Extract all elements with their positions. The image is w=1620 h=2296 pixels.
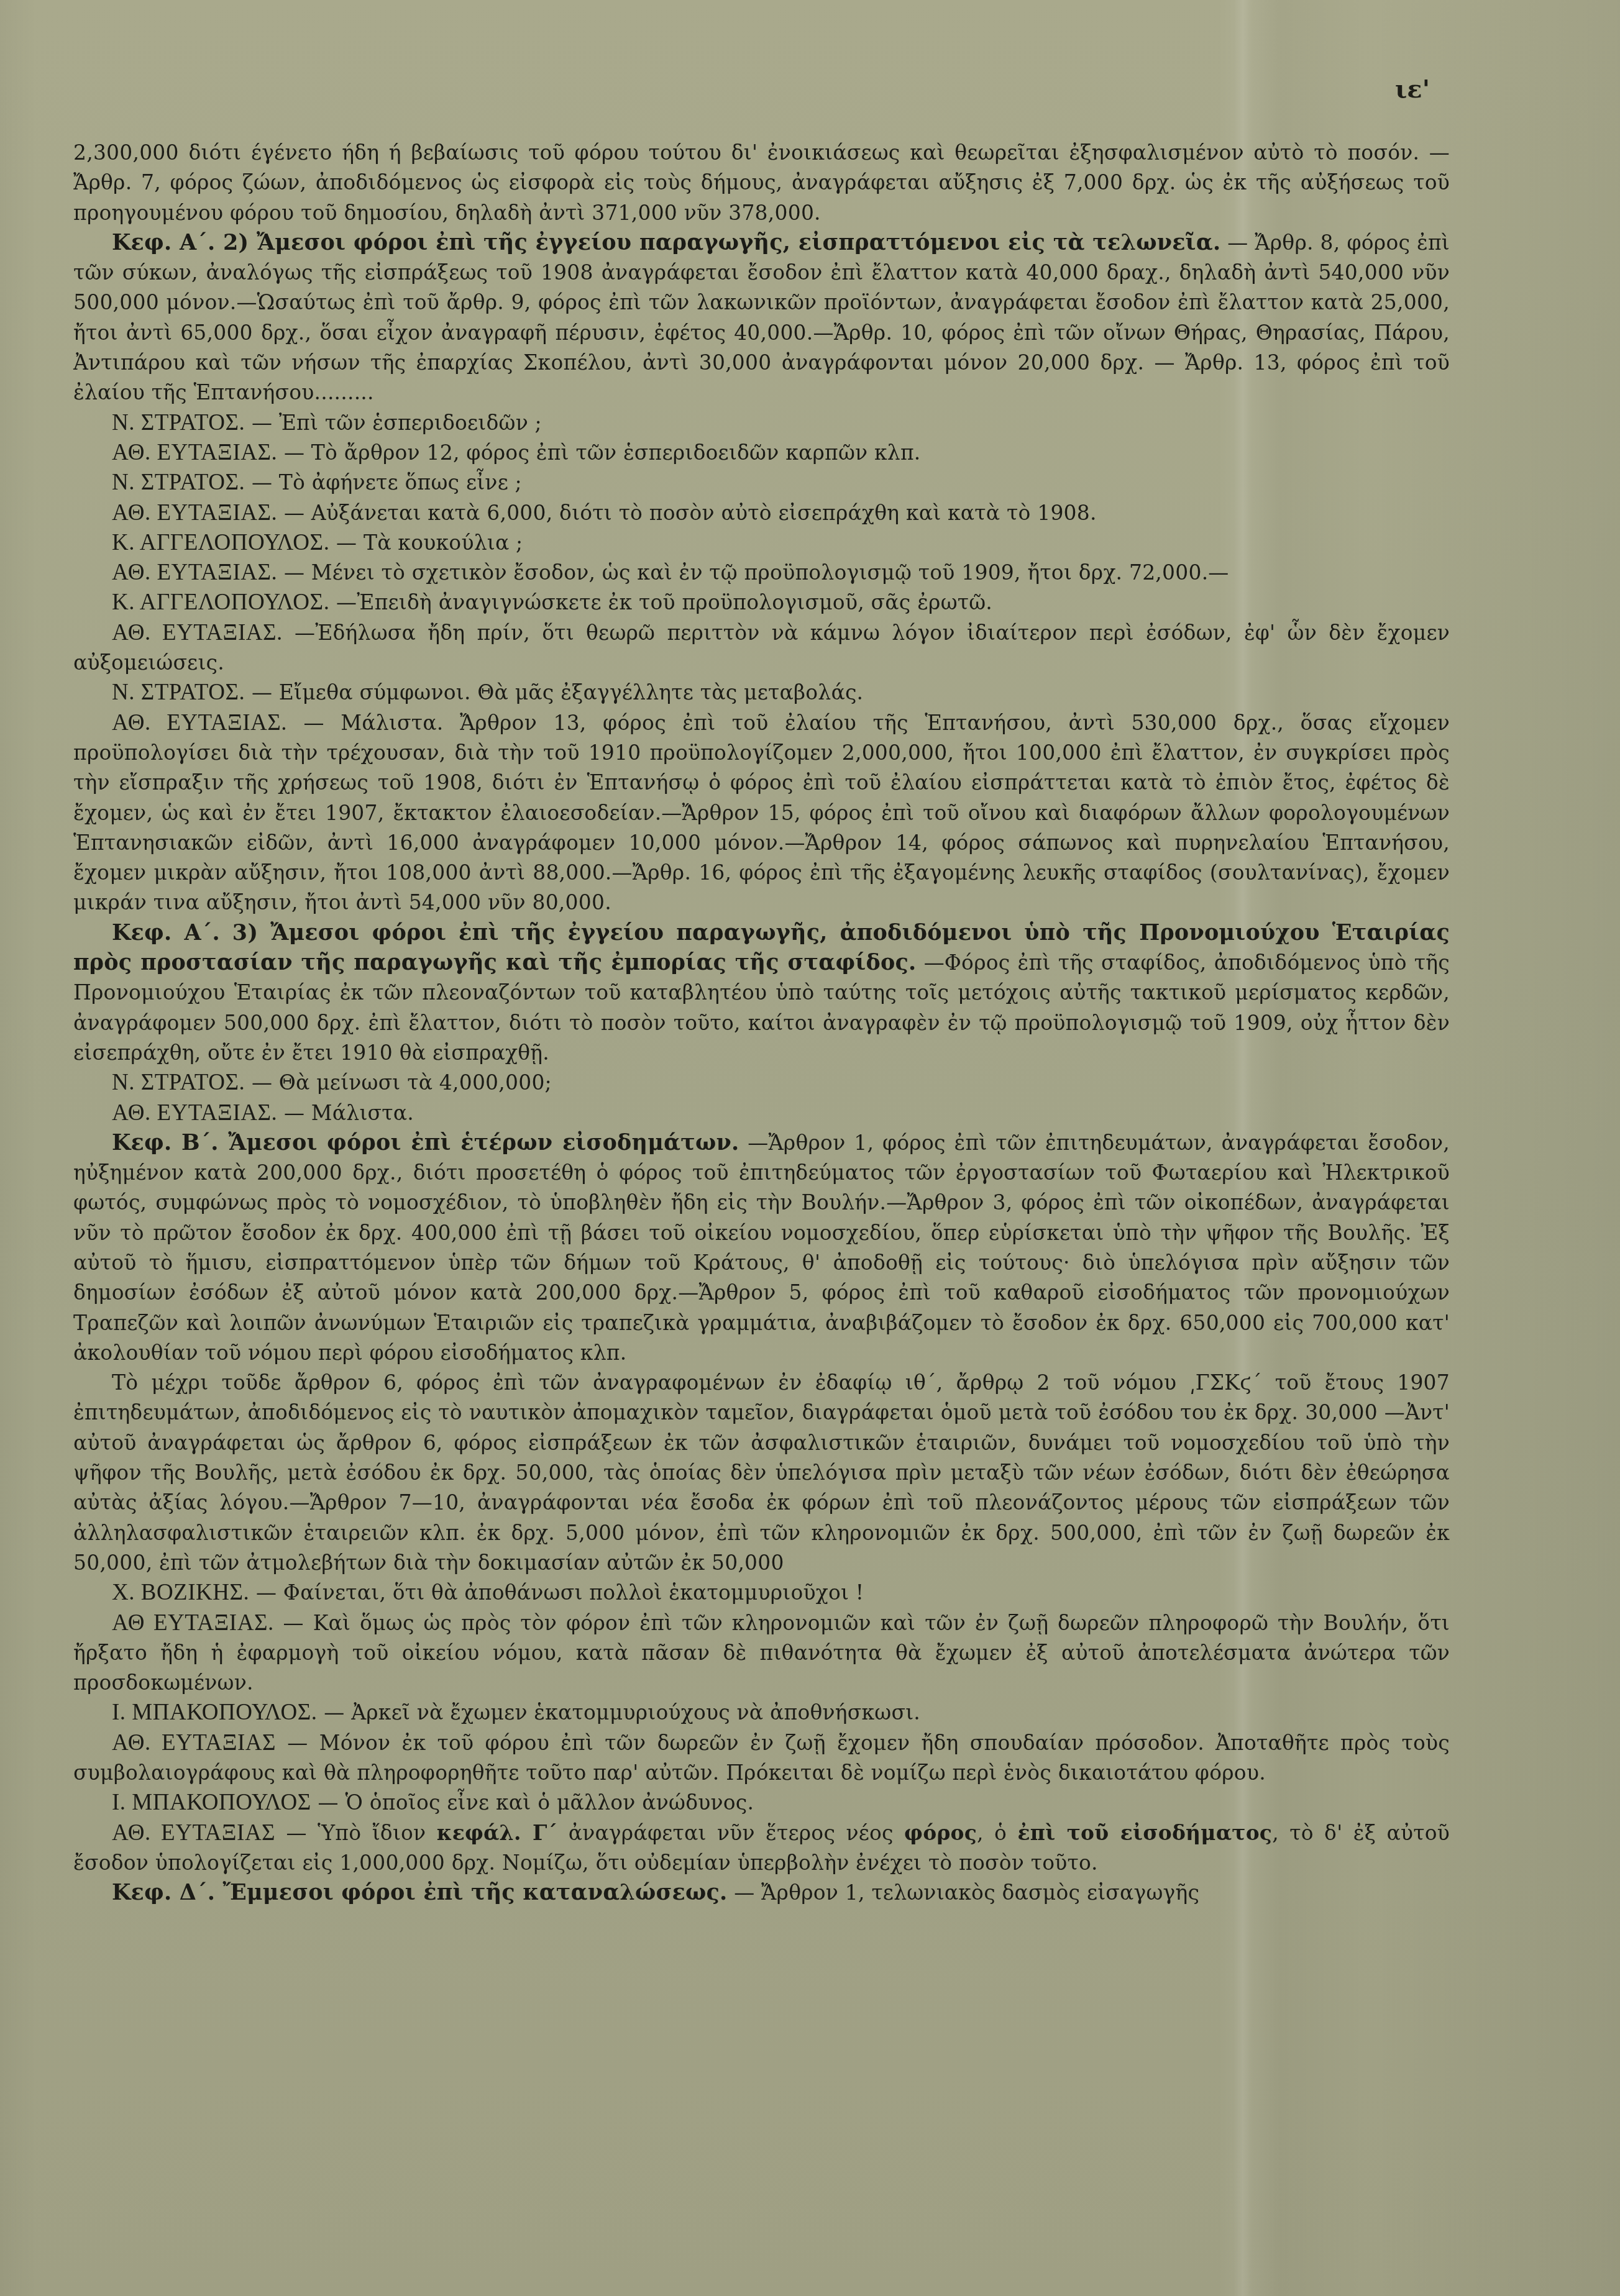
speaker-name: Ν. ΣΤΡΑΤΟΣ.: [112, 680, 245, 705]
speech-line: Ι. ΜΠΑΚΟΠΟΥΛΟΣ. — Ἀρκεῖ νὰ ἔχωμεν ἑκατομ…: [73, 1698, 1450, 1728]
speech-text: — Αὐξάνεται κατὰ 6,000, διότι τὸ ποσὸν α…: [284, 501, 1097, 525]
speaker-name: ΑΘ. ΕΥΤΑΞΙΑΣ.: [112, 620, 283, 645]
speech-text: — Ἐπὶ τῶν ἑσπεριδοειδῶν ;: [252, 411, 542, 435]
speech-text: — Τὸ ἄρθρον 12, φόρος ἐπὶ τῶν ἑσπεριδοει…: [284, 440, 921, 465]
speech-text: — Καὶ ὅμως ὡς πρὸς τὸν φόρον ἐπὶ τῶν κλη…: [73, 1611, 1450, 1695]
speech-text: — Τὸ ἀφήνετε ὅπως εἶνε ;: [252, 470, 522, 494]
section-heading: Κεφ. Δ΄. Ἔμμεσοι φόροι ἐπὶ τῆς καταναλώσ…: [112, 1880, 728, 1905]
speech-line: Κ. ΑΓΓΕΛΟΠΟΥΛΟΣ. —Ἐπειδὴ ἀναγιγνώσκετε ἐ…: [73, 588, 1450, 617]
speech-text: — Εἴμεθα σύμφωνοι. Θὰ μᾶς ἐξαγγέλλητε τὰ…: [252, 680, 863, 704]
speech-line: ΑΘ ΕΥΤΑΞΙΑΣ. — Καὶ ὅμως ὡς πρὸς τὸν φόρο…: [73, 1608, 1450, 1698]
speech-line: ΑΘ. ΕΥΤΑΞΙΑΣ. — Αὐξάνεται κατὰ 6,000, δι…: [73, 498, 1450, 528]
speech-line: ΑΘ. ΕΥΤΑΞΙΑΣ. — Μάλιστα. Ἄρθρον 13, φόρο…: [73, 708, 1450, 918]
speech-text: — Τὰ κουκούλια ;: [336, 531, 523, 555]
section-heading-paragraph: Κεφ. Α΄. 3) Ἄμεσοι φόροι ἐπὶ τῆς ἐγγείου…: [73, 918, 1450, 1068]
speaker-name: Ν. ΣΤΡΑΤΟΣ.: [112, 1070, 245, 1095]
speech-text: — Μάλιστα. Ἄρθρον 13, φόρος ἐπὶ τοῦ ἐλαί…: [73, 711, 1450, 915]
speaker-name: Ν. ΣΤΡΑΤΟΣ.: [112, 470, 245, 495]
speech-line: ΑΘ. ΕΥΤΑΞΙΑΣ. — Μάλιστα.: [73, 1098, 1450, 1128]
speech-text: — Ἀρκεῖ νὰ ἔχωμεν ἑκατομμυριούχους νὰ ἀπ…: [324, 1700, 920, 1724]
speech-text: — Θὰ μείνωσι τὰ 4,000,000;: [252, 1070, 552, 1095]
speaker-name: ΑΘ. ΕΥΤΑΞΙΑΣ: [112, 1730, 276, 1756]
speech-line: ΑΘ. ΕΥΤΑΞΙΑΣ — Μόνον ἐκ τοῦ φόρου ἐπὶ τῶ…: [73, 1728, 1450, 1788]
speech-text-part: , ὁ: [977, 1821, 1017, 1845]
speaker-name: ΑΘ. ΕΥΤΑΞΙΑΣ.: [112, 500, 277, 526]
speech-line: Χ. ΒΟΖΙΚΗΣ. — Φαίνεται, ὅτι θὰ ἀποθάνωσι…: [73, 1578, 1450, 1608]
speech-line: ΑΘ. ΕΥΤΑΞΙΑΣ. — Μένει τὸ σχετικὸν ἔσοδον…: [73, 558, 1450, 588]
paragraph: Τὸ μέχρι τοῦδε ἄρθρον 6, φόρος ἐπὶ τῶν ἀ…: [73, 1368, 1450, 1578]
document-body: 2,300,000 διότι έγένετο ήδη ή βεβαίωσις …: [73, 138, 1450, 1908]
speech-line: Ν. ΣΤΡΑΤΟΣ. — Τὸ ἀφήνετε ὅπως εἶνε ;: [73, 468, 1450, 498]
section-heading-paragraph: Κεφ. Δ΄. Ἔμμεσοι φόροι ἐπὶ τῆς καταναλώσ…: [73, 1878, 1450, 1908]
section-heading: Κεφ. Α΄. 2) Ἄμεσοι φόροι ἐπὶ τῆς ἐγγείου…: [112, 230, 1220, 255]
paragraph-text: — Ἄρθρον 1, τελωνιακὸς δασμὸς εἰσαγωγῆς: [734, 1880, 1199, 1905]
paragraph-text: — Ἄρθρ. 8, φόρος ἐπὶ τῶν σύκων, ἀναλόγως…: [73, 230, 1450, 404]
speech-text: — Μάλιστα.: [284, 1101, 414, 1125]
speech-text: — Μένει τὸ σχετικὸν ἔσοδον, ὡς καὶ ἐν τῷ…: [284, 560, 1229, 585]
section-heading-paragraph: Κεφ. Α΄. 2) Ἄμεσοι φόροι ἐπὶ τῆς ἐγγείου…: [73, 228, 1450, 408]
speech-text-part: — Ὑπὸ ἴδιον: [286, 1821, 437, 1845]
speaker-name: Ι. ΜΠΑΚΟΠΟΥΛΟΣ.: [112, 1700, 318, 1725]
speech-text: —Ἐπειδὴ ἀναγιγνώσκετε ἐκ τοῦ προϋπολογισ…: [336, 590, 992, 614]
speaker-name: Κ. ΑΓΓΕΛΟΠΟΥΛΟΣ.: [112, 590, 329, 615]
section-heading-paragraph: Κεφ. Β΄. Ἄμεσοι φόροι ἐπὶ ἑτέρων εἰσοδημ…: [73, 1128, 1450, 1368]
paragraph-text: —Ἄρθρον 1, φόρος ἐπὶ τῶν ἐπιτηδευμάτων, …: [73, 1131, 1450, 1365]
speech-line: Ι. ΜΠΑΚΟΠΟΥΛΟΣ — Ὁ ὁποῖος εἶνε καὶ ὁ μᾶλ…: [73, 1788, 1450, 1818]
page-number: ιε': [1395, 75, 1430, 104]
speech-line: ΑΘ. ΕΥΤΑΞΙΑΣ. —Ἐδήλωσα ἤδη πρίν, ὅτι θεω…: [73, 618, 1450, 678]
speaker-name: ΑΘ ΕΥΤΑΞΙΑΣ.: [112, 1610, 274, 1636]
speaker-name: Κ. ΑΓΓΕΛΟΠΟΥΛΟΣ.: [112, 530, 329, 555]
speaker-name: Ι. ΜΠΑΚΟΠΟΥΛΟΣ: [112, 1790, 311, 1815]
speaker-name: Χ. ΒΟΖΙΚΗΣ.: [112, 1580, 249, 1605]
speech-line: Ν. ΣΤΡΑΤΟΣ. — Ἐπὶ τῶν ἑσπεριδοειδῶν ;: [73, 408, 1450, 438]
section-heading: Κεφ. Β΄. Ἄμεσοι φόροι ἐπὶ ἑτέρων εἰσοδημ…: [112, 1130, 739, 1155]
speech-text: — Ὁ ὁποῖος εἶνε καὶ ὁ μᾶλλον ἀνώδυνος.: [318, 1790, 754, 1815]
speaker-name: ΑΘ. ΕΥΤΑΞΙΑΣ.: [112, 440, 277, 465]
paragraph-continuation: 2,300,000 διότι έγένετο ήδη ή βεβαίωσις …: [73, 138, 1450, 228]
speech-line: Ν. ΣΤΡΑΤΟΣ. — Εἴμεθα σύμφωνοι. Θὰ μᾶς ἐξ…: [73, 678, 1450, 708]
speaker-name: ΑΘ. ΕΥΤΑΞΙΑΣ.: [112, 1100, 277, 1126]
speech-line: Ν. ΣΤΡΑΤΟΣ. — Θὰ μείνωσι τὰ 4,000,000;: [73, 1068, 1450, 1098]
speaker-name: Ν. ΣΤΡΑΤΟΣ.: [112, 410, 245, 435]
speech-text: — Μόνον ἐκ τοῦ φόρου ἐπὶ τῶν δωρεῶν ἐν ζ…: [73, 1731, 1450, 1785]
speech-line: ΑΘ. ΕΥΤΑΞΙΑΣ. — Τὸ ἄρθρον 12, φόρος ἐπὶ …: [73, 438, 1450, 468]
speaker-name: ΑΘ. ΕΥΤΑΞΙΑΣ.: [112, 710, 287, 736]
speech-line: Κ. ΑΓΓΕΛΟΠΟΥΛΟΣ. — Τὰ κουκούλια ;: [73, 528, 1450, 558]
speech-text: — Φαίνεται, ὅτι θὰ ἀποθάνωσι πολλοὶ ἑκατ…: [256, 1580, 864, 1605]
speech-text-part: ἀναγράφεται νῦν ἕτερος νέος: [557, 1821, 904, 1845]
speech-line-mixed: ΑΘ. ΕΥΤΑΞΙΑΣ — Ὑπὸ ἴδιον κεφάλ. Γ΄ ἀναγρ…: [73, 1818, 1450, 1879]
speech-text-bold-part: κεφάλ. Γ΄: [437, 1821, 558, 1845]
speaker-name: ΑΘ. ΕΥΤΑΞΙΑΣ.: [112, 560, 277, 585]
speaker-name: ΑΘ. ΕΥΤΑΞΙΑΣ: [112, 1820, 275, 1846]
paragraph-text: Τὸ μέχρι τοῦδε ἄρθρον 6, φόρος ἐπὶ τῶν ἀ…: [73, 1370, 1450, 1575]
speech-text-bold-part: ἐπὶ τοῦ εἰσοδήματος: [1018, 1821, 1273, 1845]
speech-text-bold-part: φόρος: [904, 1821, 977, 1845]
paragraph-text: 2,300,000 διότι έγένετο ήδη ή βεβαίωσις …: [73, 140, 1450, 225]
